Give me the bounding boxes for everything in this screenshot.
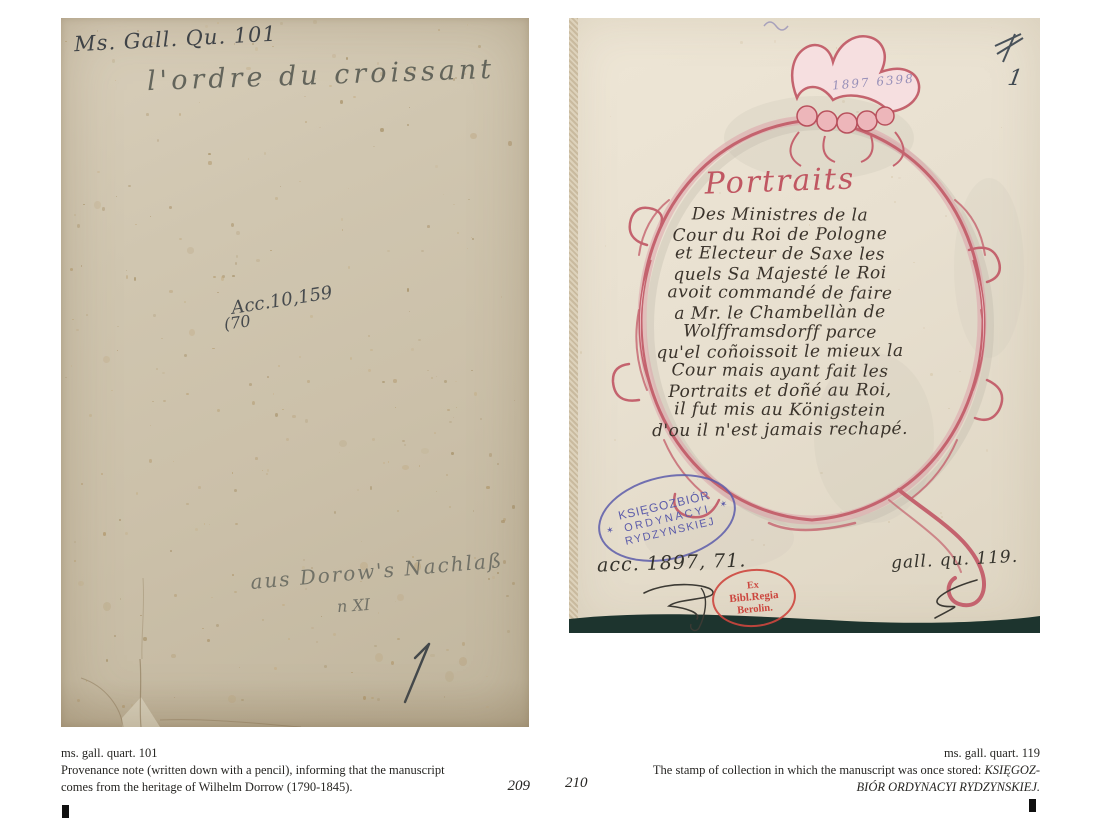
print-registration-mark-left: [62, 805, 69, 818]
foxing-speckle: [363, 696, 366, 700]
cartouche-line: Des Ministres de la: [625, 205, 935, 227]
foxing-speckle: [228, 695, 236, 703]
right-caption-line1-text: The stamp of collection in which the man…: [653, 763, 985, 777]
left-caption-shelfmark: ms. gall. quart. 101: [61, 745, 531, 762]
page-number-209: 209: [470, 778, 530, 795]
page-number-210: 210: [565, 775, 588, 792]
left-caption: ms. gall. quart. 101 Provenance note (wr…: [61, 745, 531, 796]
foxing-speckle: [122, 705, 125, 708]
book-page-scan: Ms. Gall. Qu. 101 l'ordre du croissant A…: [0, 0, 1100, 818]
cartouche-text-block: Portraits Des Ministres de la Cour du Ro…: [625, 164, 935, 440]
foxing-speckle: [486, 706, 489, 708]
foxing-speckle: [371, 697, 374, 699]
right-caption-line1-italic: KSIĘGOZ-: [984, 763, 1040, 777]
ink-flourish-right: [925, 576, 985, 624]
stamp-star-icon: ✶: [719, 498, 729, 510]
print-registration-mark-right: [1029, 799, 1036, 812]
cartouche-title: Portraits: [624, 159, 935, 205]
left-accession-inscription-line2: (70: [223, 311, 252, 334]
left-manuscript-photo: Ms. Gall. Qu. 101 l'ordre du croissant A…: [61, 18, 529, 727]
foxing-speckle: [77, 699, 80, 702]
right-caption-line2-italic: BIÓR ORDYNACYI RYDZYNSKIEJ.: [640, 779, 1040, 796]
right-caption: ms. gall. quart. 119 The stamp of collec…: [640, 745, 1040, 796]
cartouche-line: d'ou il n'est jamais rechapé.: [625, 419, 935, 441]
right-manuscript-photo: 1897 6398 1 Portraits Des Ministres de l…: [569, 18, 1040, 633]
left-pencil-provenance-line2: n XI: [336, 595, 370, 616]
cartouche-line: avoit commandé de faire: [625, 283, 935, 305]
foxing-speckle: [377, 698, 380, 701]
left-paper-creases-drawing: [61, 18, 529, 727]
crossed-out-corner-mark: [995, 34, 1023, 62]
cartouche-line: et Electeur de Saxe les: [625, 244, 935, 266]
left-caption-line2: comes from the heritage of Wilhelm Dorro…: [61, 779, 531, 796]
left-caption-line1: Provenance note (written down with a pen…: [61, 762, 531, 779]
foxing-speckle: [131, 704, 134, 707]
stamp-star-icon: ✶: [605, 524, 615, 536]
right-caption-line1: The stamp of collection in which the man…: [640, 762, 1040, 779]
foliation-mark-1: [405, 644, 429, 702]
foxing-speckle: [174, 697, 175, 698]
right-caption-shelfmark: ms. gall. quart. 119: [640, 745, 1040, 762]
foxing-speckle: [86, 680, 88, 682]
foxing-speckle: [444, 696, 446, 698]
pencil-squiggle-mark: [764, 22, 788, 30]
foxing-speckle: [241, 699, 244, 701]
